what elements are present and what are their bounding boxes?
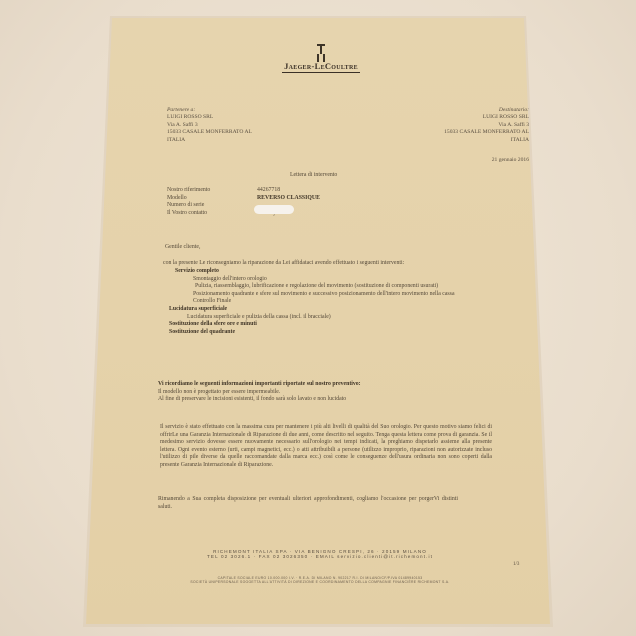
service-item: Controllo Finale [175, 298, 505, 306]
sender-line: 15033 CASALE MONFERRATO AL [167, 129, 252, 136]
letter-date: 21 gennaio 2016 [492, 157, 529, 164]
sender-line: Via A. Saffi 3 [167, 122, 252, 129]
detail-row: Numero di serie [167, 202, 320, 210]
detail-label: Il Vostro contatto [167, 210, 257, 218]
detail-row: Nostro riferimento44267718 [167, 187, 320, 195]
legal-footer: CAPITALE SOCIALE EURO 10.000.000 I.V. · … [150, 576, 490, 584]
sender-line: ITALIA [167, 137, 252, 144]
footer-contacts: TEL 02 3026.1 · FAX 02 3026350 · EMAIL s… [160, 554, 480, 559]
sender-line: LUIGI ROSSO SRL [167, 114, 252, 121]
detail-label: Nostro riferimento [167, 187, 257, 195]
recipient-label: Destinatario: [444, 107, 529, 114]
page-number: 1/3 [513, 561, 519, 568]
details-table: Nostro riferimento44267718 ModelloREVERS… [167, 187, 320, 217]
service-heading: Servizio completo [175, 268, 505, 276]
service-heading: Lucidatura superficiale [169, 306, 505, 314]
jlc-reverso-logo-icon [315, 44, 327, 56]
service-item: Posizionamento quadrante e sfere sul mov… [175, 291, 505, 299]
services-list: Servizio completo Smontaggio dell'intero… [175, 268, 505, 336]
service-heading: Sostituzione della sfere ore e minuti [169, 321, 505, 329]
recipient-line: Via A. Saffi 3 [444, 122, 529, 129]
warranty-paragraph: Il servizio è stato effettuato con la ma… [160, 424, 492, 470]
detail-label: Modello [167, 195, 257, 203]
letter-title: Lettera di intervento [290, 172, 337, 180]
reminder-block: Vi ricordiamo le seguenti informazioni i… [158, 381, 361, 404]
closing-paragraph: Rimanendo a Sua completa disposizione pe… [158, 496, 458, 511]
detail-label: Numero di serie [167, 202, 257, 210]
recipient-line: 15033 CASALE MONFERRATO AL [444, 129, 529, 136]
sender-label: Partenere a: [167, 107, 252, 114]
service-item: Pulizia, riassemblaggio, lubrificazione … [175, 283, 505, 291]
sender-block: Partenere a: LUIGI ROSSO SRL Via A. Saff… [167, 107, 252, 144]
reminder-line: Al fine di preservare le incisioni esist… [158, 396, 361, 404]
redacted-serial-number [254, 205, 294, 214]
recipient-block: Destinatario: LUIGI ROSSO SRL Via A. Saf… [444, 107, 529, 144]
company-footer: RICHEMONT ITALIA SPA · VIA BENIGNO CRESP… [160, 549, 480, 559]
detail-value: 44267718 [257, 187, 280, 193]
intro-text: con la presente Le riconsegniamo la ripa… [163, 260, 404, 268]
detail-row: Il Vostro contattoCS Italy [167, 210, 320, 218]
recipient-line: ITALIA [444, 137, 529, 144]
brand-name: Jaeger-LeCoultre [282, 61, 360, 73]
brand-logo: Jaeger-LeCoultre [280, 44, 362, 74]
reminder-heading: Vi ricordiamo le seguenti informazioni i… [158, 381, 361, 389]
legal-line: SOCIETÀ UNIPERSONALE SOGGETTA ALL'ATTIVI… [150, 580, 490, 584]
recipient-line: LUIGI ROSSO SRL [444, 114, 529, 121]
service-heading: Sostituzione del quadrante [169, 329, 505, 337]
greeting: Gentile cliente, [165, 244, 200, 252]
detail-row: ModelloREVERSO CLASSIQUE [167, 195, 320, 203]
service-item: Lucidatura superficiale e pulizia della … [175, 314, 505, 322]
detail-value: REVERSO CLASSIQUE [257, 195, 320, 201]
